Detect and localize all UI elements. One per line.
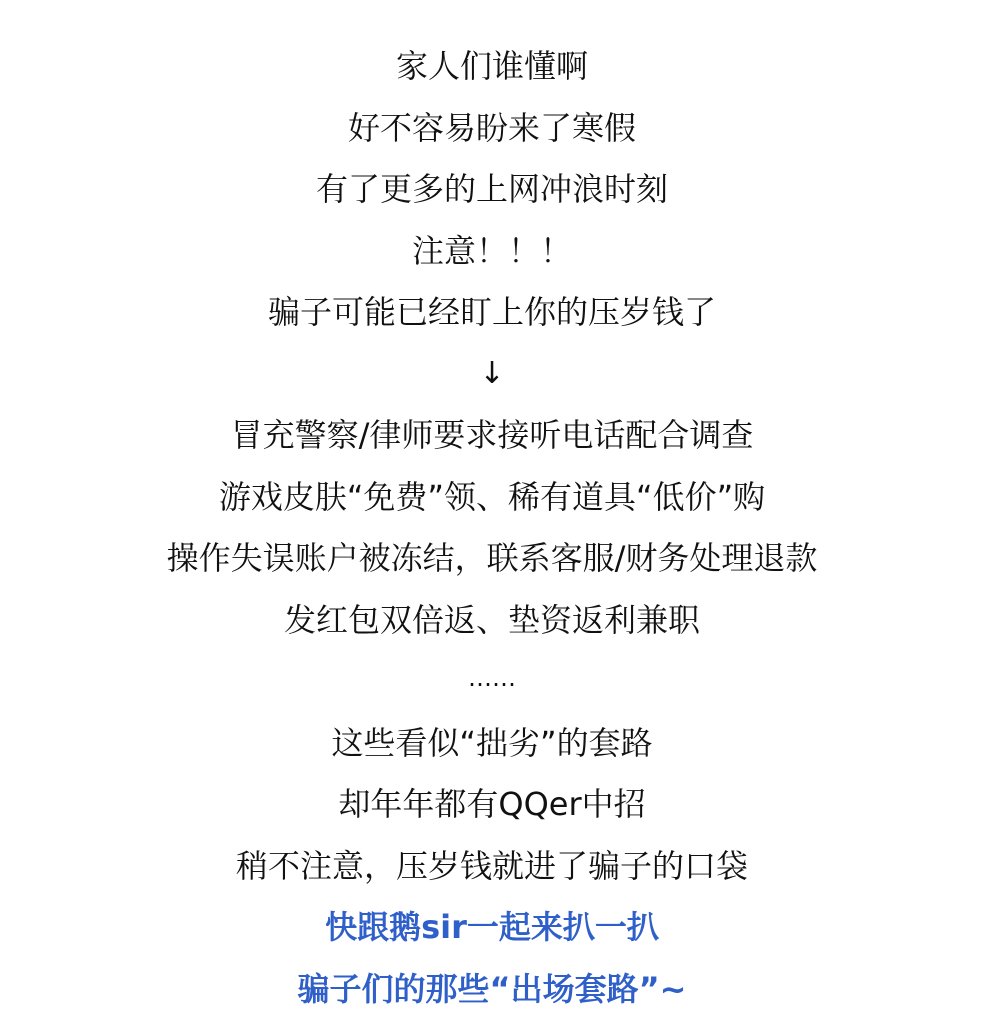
text-line: 骗子可能已经盯上你的压岁钱了 (0, 284, 984, 346)
text-line: 稍不注意，压岁钱就进了骗子的口袋 (0, 838, 984, 900)
ellipsis: …… (0, 653, 984, 715)
text-line: 这些看似“拙劣”的套路 (0, 715, 984, 777)
highlight-line: 快跟鹅sir一起来扒一扒 (0, 899, 984, 961)
down-arrow-icon: ↓ (0, 346, 984, 408)
text-line: 好不容易盼来了寒假 (0, 100, 984, 162)
scam-type-line: 操作失误账户被冻结，联系客服/财务处理退款 (0, 530, 984, 592)
scam-type-line: 游戏皮肤“免费”领、稀有道具“低价”购 (0, 469, 984, 531)
text-line: 有了更多的上网冲浪时刻 (0, 161, 984, 223)
article-text: 家人们谁懂啊 好不容易盼来了寒假 有了更多的上网冲浪时刻 注意！！！ 骗子可能已… (0, 38, 984, 1022)
scam-type-line: 发红包双倍返、垫资返利兼职 (0, 592, 984, 654)
text-line: 注意！！！ (0, 223, 984, 285)
text-line: 家人们谁懂啊 (0, 38, 984, 100)
scam-type-line: 冒充警察/律师要求接听电话配合调查 (0, 407, 984, 469)
highlight-line: 骗子们的那些“出场套路”~ (0, 961, 984, 1023)
text-line: 却年年都有QQer中招 (0, 776, 984, 838)
